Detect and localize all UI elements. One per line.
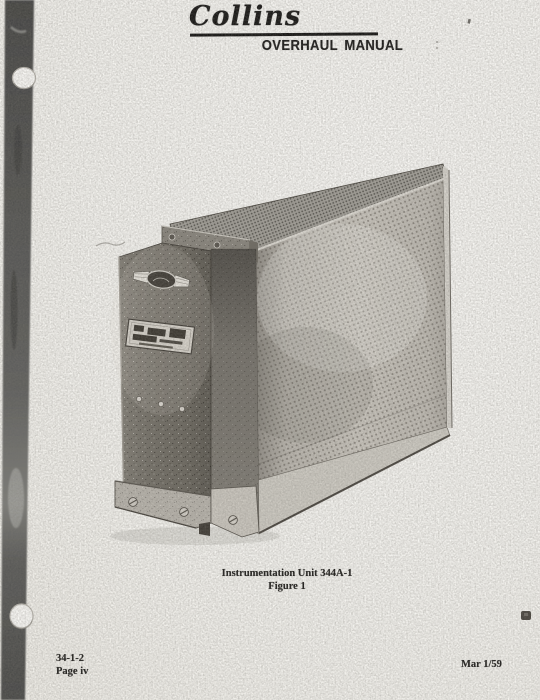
doc-code: 34-1-2 [56,652,88,665]
base-screw [229,516,238,525]
manual-page: Collins OVERHAUL MANUAL Instrumentation … [0,0,540,700]
binding-edge-strip [1,0,34,700]
footer-left: 34-1-2 Page iv [56,652,88,678]
figure-caption-line2: Figure 1 [166,580,408,593]
manual-title: OVERHAUL MANUAL [262,39,386,54]
punch-hole-top [13,68,36,89]
bracket-hole [214,242,220,248]
figure-caption: Instrumentation Unit 344A-1 Figure 1 [166,567,408,593]
figure-caption-line1: Instrumentation Unit 344A-1 [166,567,408,580]
bracket-hole [169,234,175,240]
base-screw [180,508,189,517]
revision-date: Mar 1/59 [461,658,502,671]
unit-photo [110,164,452,545]
instrumentation-unit-illustration [0,0,540,700]
page-number: Page iv [56,665,88,678]
collins-logo-script: Collins [189,3,301,30]
punch-hole-bottom [10,604,33,629]
base-screw [129,498,138,507]
